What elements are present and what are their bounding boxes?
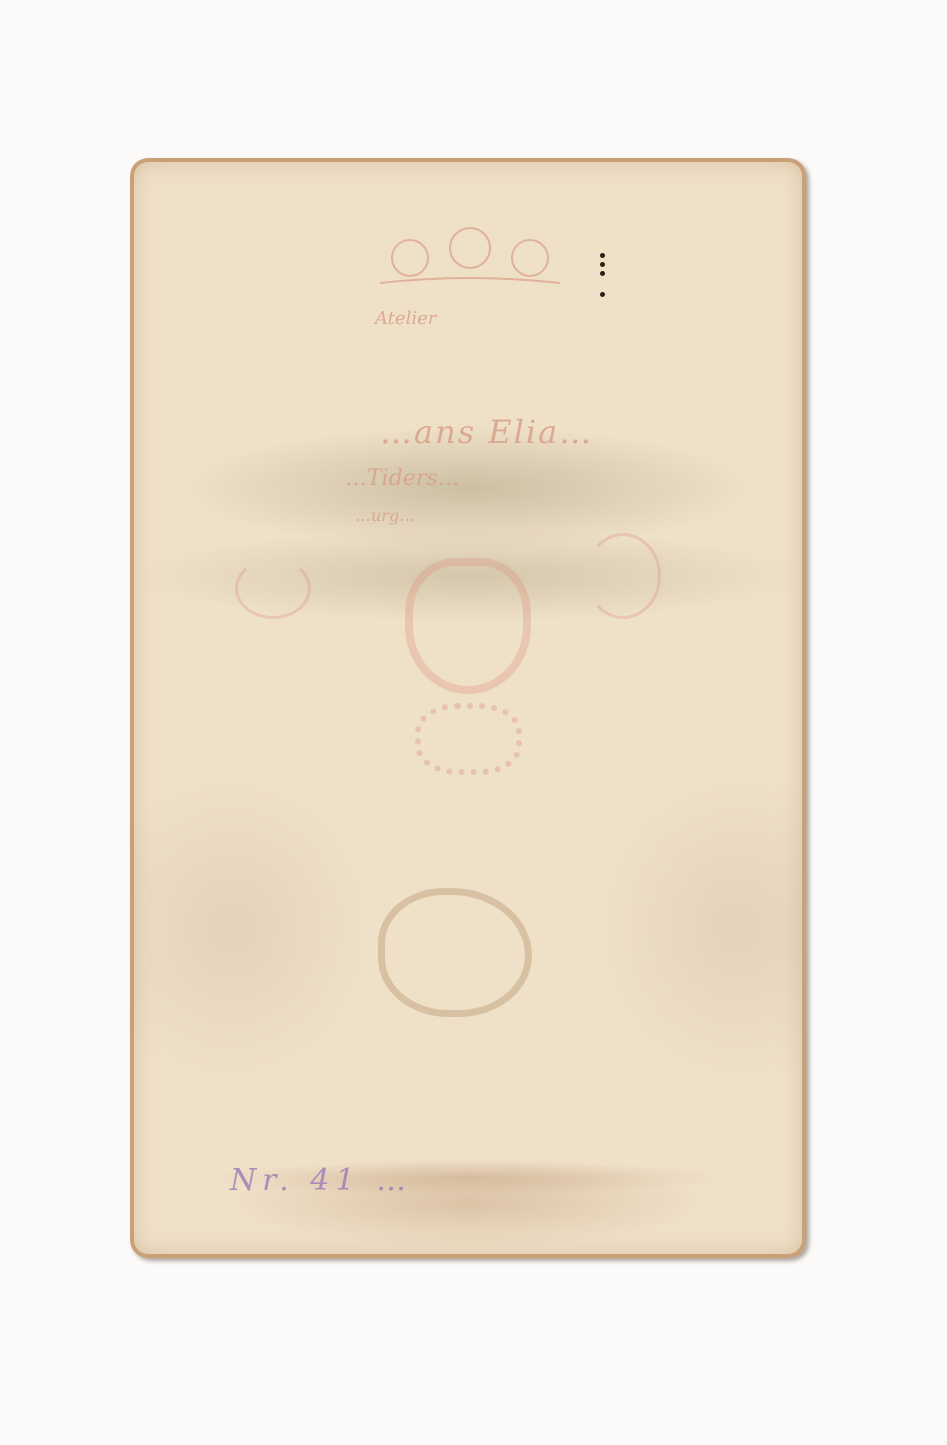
pencil-inscription: Nr. 41 … bbox=[230, 1163, 412, 1198]
scroll-ornament-right bbox=[585, 533, 661, 619]
coat-of-arms-emblem bbox=[405, 558, 531, 694]
studio-prefix: Atelier bbox=[375, 308, 436, 329]
pin-holes bbox=[600, 253, 605, 301]
crown-ornament-icon bbox=[370, 223, 570, 293]
small-crown-emblem bbox=[415, 703, 522, 775]
studio-street: …Tiders… bbox=[345, 466, 460, 491]
photo-card-back: Atelier …ans Elia… …Tiders… …urg… Nr. 41… bbox=[130, 158, 806, 1258]
studio-city: …urg… bbox=[355, 506, 415, 525]
scroll-ornament-left bbox=[235, 558, 311, 619]
water-stain bbox=[378, 888, 532, 1017]
studio-name: …ans Elia… bbox=[380, 413, 593, 451]
